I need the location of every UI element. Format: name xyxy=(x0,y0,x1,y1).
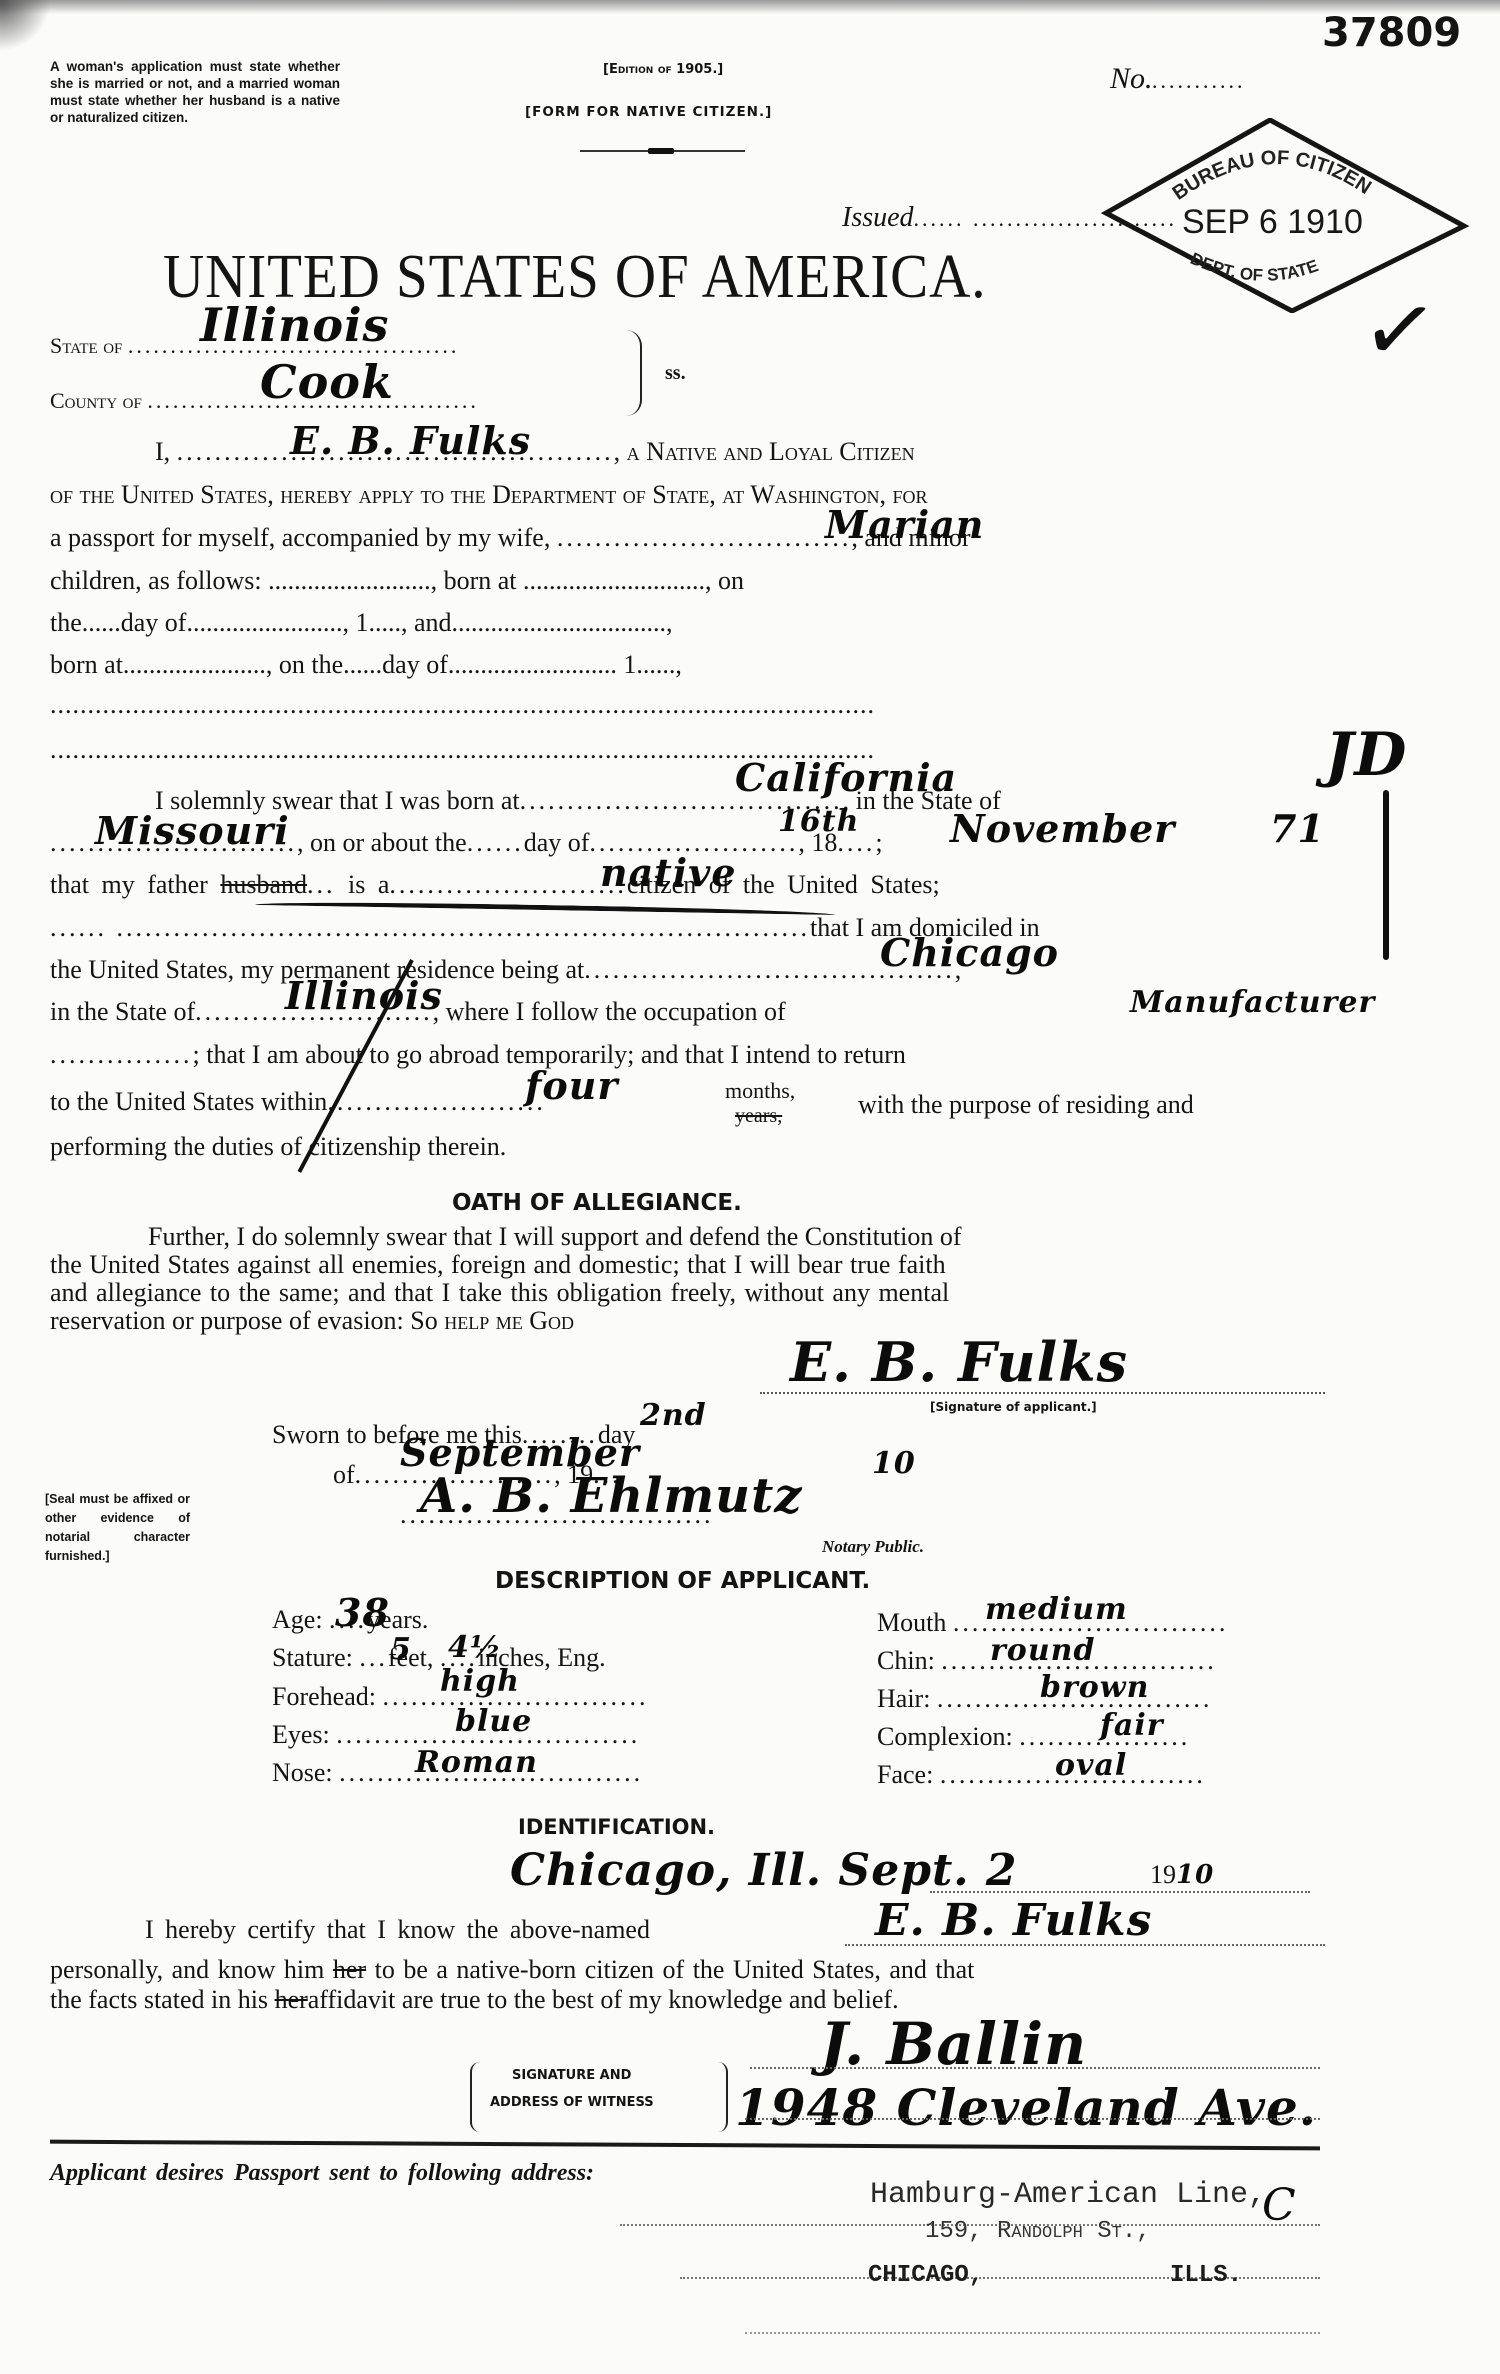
witness-brace-right xyxy=(718,2062,728,2132)
notary-label: Notary Public. xyxy=(822,1537,924,1557)
oath-line-3: and allegiance to the same; and that I t… xyxy=(50,1278,949,1308)
desc-face-value: oval xyxy=(1055,1748,1127,1783)
help-me-god: help me God xyxy=(444,1306,574,1335)
witness-label-1: SIGNATURE AND xyxy=(512,2068,631,2083)
margin-initials: JD xyxy=(1325,720,1407,790)
desc-forehead-value: high xyxy=(440,1664,520,1699)
mailing-address-city: CHICAGO, xyxy=(868,2262,983,2289)
desc-age-label: Age: xyxy=(272,1605,323,1634)
ss-label: ss. xyxy=(665,362,686,385)
no-dots: ........... xyxy=(1153,68,1247,93)
mailing-address-company: Hamburg-American Line, xyxy=(870,2178,1266,2212)
desc-complexion-label: Complexion: xyxy=(877,1722,1013,1751)
birth-place: California xyxy=(735,755,957,800)
application-line-2-text: of the United States, hereby apply to th… xyxy=(50,480,927,509)
desc-stature-label: Stature: xyxy=(272,1643,353,1672)
is-dots: ... xyxy=(307,870,336,899)
applicant-prefix: I, xyxy=(155,437,170,466)
struck-husband: husband xyxy=(220,870,307,899)
of-label: of xyxy=(333,1460,355,1489)
certify-line-2-struck: her xyxy=(333,1955,366,1984)
check-mark: ✓ xyxy=(1355,273,1444,387)
applicant-signature: E. B. Fulks xyxy=(790,1330,1128,1394)
birth-line-2-mid: , on or about the xyxy=(297,828,467,857)
certify-line-3-prefix: the facts stated in his xyxy=(50,1985,268,2014)
wife-dots: ............................... xyxy=(557,523,852,552)
sworn-day: 2nd xyxy=(640,1398,707,1433)
oath-heading: OATH OF ALLEGIANCE. xyxy=(452,1190,742,1216)
desc-eyes-value: blue xyxy=(455,1704,532,1739)
mailing-address-street: 159, Randolph St., xyxy=(925,2218,1151,2245)
oath-line-2: the United States against all enemies, f… xyxy=(50,1250,946,1280)
residence-state-prefix: in the State of xyxy=(50,997,195,1026)
form-type-label: [FORM FOR NATIVE CITIZEN.] xyxy=(525,104,772,120)
birth-year: 71 xyxy=(1270,806,1325,851)
issued-label: Issued xyxy=(842,202,914,233)
birth-month: November xyxy=(950,806,1175,851)
return-prefix: to the United States within xyxy=(50,1087,327,1116)
mailing-address-state: ILLS. xyxy=(1170,2262,1242,2289)
desc-feet-value: 5 xyxy=(390,1632,412,1667)
identified-person-line xyxy=(845,1944,1325,1946)
desc-eyes-label: Eyes: xyxy=(272,1720,330,1749)
birth-line-5: the United States, my permanent residenc… xyxy=(50,955,964,985)
witness-name-line xyxy=(750,2067,1320,2069)
edition-label: [Edition of 1905.] xyxy=(603,62,723,77)
mailing-label: Applicant desires Passport sent to follo… xyxy=(50,2160,594,2187)
identification-year: 1910 xyxy=(1150,1860,1214,1890)
desc-face: Face: ............................ xyxy=(877,1760,1206,1790)
residence-state: Illinois xyxy=(285,973,443,1018)
applicant-suffix: , a Native and Loyal Citizen xyxy=(614,437,915,466)
application-line-6: born at......................, on the...… xyxy=(50,650,682,680)
stamp-bottom-text: DEPT. OF STATE xyxy=(1187,249,1320,285)
county-value: Cook xyxy=(260,355,394,409)
sworn-year: 10 xyxy=(872,1446,916,1481)
occupation-dots: ............... xyxy=(50,1040,193,1069)
county-label: County of xyxy=(50,388,142,413)
oath-line-4: reservation or purpose of evasion: So he… xyxy=(50,1306,574,1336)
no-label: No. xyxy=(1110,62,1153,95)
certify-line-2-prefix: personally, and know him xyxy=(50,1955,324,1984)
signature-label: [Signature of applicant.] xyxy=(930,1400,1097,1414)
signature-line xyxy=(760,1392,1325,1394)
desc-stature: Stature: ...feet, ....inches, Eng. xyxy=(272,1643,606,1673)
birth-line-7: ...............; that I am about to go a… xyxy=(50,1040,906,1070)
desc-hair-value: brown xyxy=(1040,1670,1149,1705)
unit-months: months, xyxy=(725,1078,795,1104)
wife-name: Marian xyxy=(825,502,984,547)
certify-line-3: the facts stated in his heraffidavit are… xyxy=(50,1985,899,2015)
certify-line-3-struck: her xyxy=(275,1985,308,2014)
father-status: native xyxy=(600,850,737,895)
status-dots: ......................... xyxy=(389,870,627,899)
desc-inch-value: 4½ xyxy=(448,1630,502,1665)
desc-forehead-label: Forehead: xyxy=(272,1682,376,1711)
witness-brace-left xyxy=(470,2062,480,2132)
file-number: 37809 xyxy=(1322,10,1461,56)
birth-state: Missouri xyxy=(95,808,290,853)
desc-face-label: Face: xyxy=(877,1760,933,1789)
occupation-prefix: , where I follow the occupation of xyxy=(433,997,786,1026)
applicant-line: I, .....................................… xyxy=(155,437,915,467)
application-line-2: of the United States, hereby apply to th… xyxy=(50,480,927,510)
identification-year-prefix: 19 xyxy=(1150,1860,1176,1889)
no-field: No............ xyxy=(1110,62,1246,96)
woman-application-note: A woman's application must state whether… xyxy=(50,58,340,126)
certify-line-2-suffix: to be a native-born citizen of the Unite… xyxy=(375,1955,975,1984)
domicile-dots: ...... .................................… xyxy=(50,913,810,942)
witness-address-line xyxy=(745,2118,1320,2120)
return-dots: ....................... xyxy=(327,1087,546,1116)
margin-vertical-stroke xyxy=(1383,790,1389,960)
desc-age-value: 38 xyxy=(335,1590,390,1635)
scan-edge-top xyxy=(0,0,1500,14)
wife-prefix: a passport for myself, accompanied by my… xyxy=(50,523,550,552)
desc-chin-label: Chin: xyxy=(877,1646,935,1675)
birth-line-9: performing the duties of citizenship the… xyxy=(50,1132,506,1162)
occupation: Manufacturer xyxy=(1130,985,1375,1020)
notary-signature: A. B. Ehlmutz xyxy=(420,1468,803,1524)
return-period: four xyxy=(525,1063,618,1108)
father-is: is a xyxy=(348,870,389,899)
birth-day: 16th xyxy=(778,804,859,839)
birth-line-3: that my father husband... is a..........… xyxy=(50,870,940,900)
application-line-4: children, as follows: ..................… xyxy=(50,566,744,596)
witness-address: 1948 Cleveland Ave. xyxy=(735,2078,1317,2137)
svg-text:DEPT. OF STATE: DEPT. OF STATE xyxy=(1187,249,1320,285)
identification-date-line xyxy=(930,1891,1310,1893)
scan-edge-corner xyxy=(0,0,60,60)
mailing-divider xyxy=(50,2140,1320,2151)
seal-note: [Seal must be affixed or other evidence … xyxy=(45,1490,190,1566)
header-ornament-center xyxy=(648,148,674,154)
desc-feet-dots: ... xyxy=(359,1643,388,1672)
certify-line-2: personally, and know him her to be a nat… xyxy=(50,1955,974,1985)
application-line-5: the......day of........................,… xyxy=(50,608,673,638)
identification-heading: IDENTIFICATION. xyxy=(518,1815,715,1839)
identification-year-suffix: 10 xyxy=(1176,1860,1214,1890)
certify-line-1: I hereby certify that I know the above-n… xyxy=(145,1915,650,1945)
desc-mouth-value: medium xyxy=(985,1592,1128,1627)
certify-line-3-suffix: affidavit are true to the best of my kno… xyxy=(308,1985,899,2014)
residence-city: Chicago xyxy=(880,930,1059,975)
desc-chin-value: round xyxy=(990,1633,1095,1668)
state-label: State of xyxy=(50,333,122,358)
oath-line-1: Further, I do solemnly swear that I will… xyxy=(148,1222,962,1252)
desc-nose-label: Nose: xyxy=(272,1758,333,1787)
birth-day-dots: ...... xyxy=(467,828,524,857)
witness-label-2: ADDRESS OF WITNESS xyxy=(490,2095,654,2110)
state-value: Illinois xyxy=(200,298,389,352)
desc-hair-label: Hair: xyxy=(877,1684,930,1713)
identified-person: E. B. Fulks xyxy=(875,1895,1152,1946)
desc-complexion-value: fair xyxy=(1100,1708,1164,1743)
identification-place-date: Chicago, Ill. Sept. 2 xyxy=(510,1845,1018,1896)
applicant-name: E. B. Fulks xyxy=(290,418,531,463)
desc-nose-value: Roman xyxy=(415,1745,538,1780)
mailing-mark: C xyxy=(1262,2180,1297,2231)
desc-mouth-label: Mouth xyxy=(877,1608,946,1637)
birth-dayof: day of xyxy=(524,828,590,857)
birth-line-8: to the United States within.............… xyxy=(50,1087,546,1117)
oath-line-4-prefix: reservation or purpose of evasion: So xyxy=(50,1306,438,1335)
description-heading: DESCRIPTION OF APPLICANT. xyxy=(495,1568,870,1594)
application-line-7: ........................................… xyxy=(50,690,875,720)
mailing-line-3 xyxy=(745,2332,1320,2334)
unit-years-struck: years, xyxy=(735,1105,782,1128)
venue-brace xyxy=(626,330,642,416)
stamp-date: SEP 6 1910 xyxy=(1182,203,1363,241)
father-prefix: that my father xyxy=(50,870,208,899)
return-suffix: with the purpose of residing and xyxy=(858,1090,1194,1120)
